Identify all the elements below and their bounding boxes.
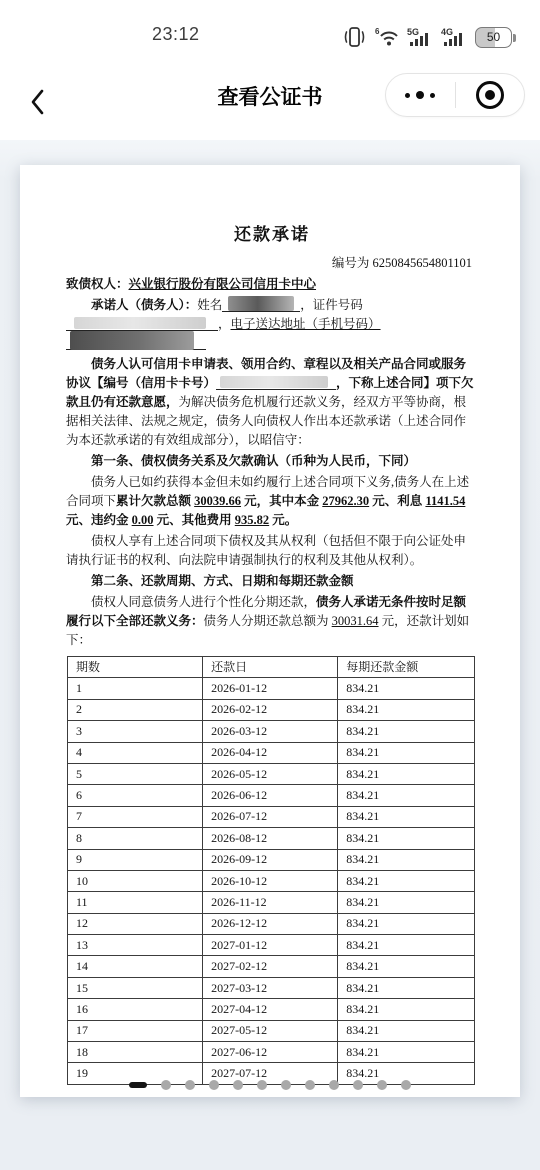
table-cell: 2026-03-12 [203,721,338,742]
document-title: 还款承诺 [66,223,478,247]
table-cell: 2026-04-12 [203,742,338,763]
pager-dot [209,1080,219,1090]
p3-e: 元、违约金 [66,513,132,527]
table-cell: 2026-11-12 [203,892,338,913]
svg-text:4G: 4G [441,27,453,37]
pager-dot [161,1080,171,1090]
table-cell: 2027-03-12 [203,977,338,998]
table-row: 162027-04-12834.21 [68,999,475,1020]
creditor-line: 致债权人：兴业银行股份有限公司信用卡中心 [66,275,478,294]
table-cell: 1 [68,678,203,699]
pager-dot [185,1080,195,1090]
table-cell: 834.21 [338,870,475,891]
battery-level: 50 [487,30,500,44]
document-number: 编号为 6250845654801101 [66,254,478,273]
header-repay-date: 还款日 [203,657,338,678]
table-cell: 834.21 [338,785,475,806]
table-row: 62026-06-12834.21 [68,785,475,806]
p3-b: 累计欠款总额 [116,494,194,508]
other-fees-amount: 935.82 [235,513,269,527]
p3-f: 元、其他费用 [154,513,235,527]
paragraph-1: 债务人认可信用卡申请表、领用合约、章程以及相关产品合同或服务协议【编号（信用卡卡… [66,355,478,450]
table-cell: 2026-01-12 [203,678,338,699]
table-cell: 7 [68,806,203,827]
pager-dot [281,1080,291,1090]
pager-dot [353,1080,363,1090]
close-target-icon [476,81,504,109]
table-cell: 12 [68,913,203,934]
total-debt-amount: 30039.66 [194,494,241,508]
interest-amount: 1141.54 [425,494,465,508]
status-bar: 23:12 6 5G [0,0,540,65]
table-cell: 834.21 [338,1042,475,1063]
card-number-redaction [216,374,336,390]
promisor-id-label: ，证件号码 [300,298,363,312]
table-cell: 2026-09-12 [203,849,338,870]
phone-redaction [66,334,206,350]
p3-c: 元，其中本金 [241,494,322,508]
id-redaction [66,315,218,331]
navbar: 查看公证书 [0,65,540,140]
p3-g: 元。 [269,513,297,527]
table-cell: 2027-05-12 [203,1020,338,1041]
table-cell: 834.21 [338,956,475,977]
table-cell: 834.21 [338,999,475,1020]
table-row: 12026-01-12834.21 [68,678,475,699]
table-row: 112026-11-12834.21 [68,892,475,913]
pager-dot-active [129,1082,147,1088]
table-cell: 2026-10-12 [203,870,338,891]
table-cell: 834.21 [338,977,475,998]
table-cell: 2 [68,699,203,720]
table-cell: 8 [68,828,203,849]
svg-text:5G: 5G [407,27,419,37]
p6-c: 债务人分期还款总额为 [204,614,332,628]
document-body: 还款承诺 编号为 6250845654801101 致债权人：兴业银行股份有限公… [20,165,520,1085]
promisor-line: 承诺人（债务人）：姓名，证件号码，电子送达地址（手机号码） [66,296,478,353]
promisor-addr-label: 电子送达地址（手机号码） [231,317,381,331]
promisor-label: 承诺人（债务人）： [91,298,197,312]
table-header-row: 期数 还款日 每期还款金额 [68,657,475,678]
table-row: 32026-03-12834.21 [68,721,475,742]
table-cell: 9 [68,849,203,870]
table-cell: 2026-12-12 [203,913,338,934]
document-page[interactable]: 还款承诺 编号为 6250845654801101 致债权人：兴业银行股份有限公… [20,165,520,1097]
battery-icon: 50 [475,27,512,48]
table-cell: 2026-05-12 [203,763,338,784]
table-cell: 2027-06-12 [203,1042,338,1063]
table-cell: 4 [68,742,203,763]
p6-a: 债权人同意债务人进行个性化分期还款， [91,595,316,609]
capsule-close-button[interactable] [456,74,525,116]
table-row: 182027-06-12834.21 [68,1042,475,1063]
table-cell: 13 [68,935,203,956]
table-row: 122026-12-12834.21 [68,913,475,934]
table-cell: 2027-04-12 [203,999,338,1020]
pager-dot [233,1080,243,1090]
header-period: 期数 [68,657,203,678]
clock: 23:12 [152,24,200,45]
page-indicator [20,1080,520,1090]
table-row: 102026-10-12834.21 [68,870,475,891]
table-cell: 834.21 [338,913,475,934]
svg-text:6: 6 [375,27,380,36]
table-row: 22026-02-12834.21 [68,699,475,720]
pager-dot [257,1080,267,1090]
table-row: 52026-05-12834.21 [68,763,475,784]
name-redaction [222,296,300,312]
content-area: 还款承诺 编号为 6250845654801101 致债权人：兴业银行股份有限公… [0,140,540,1170]
schedule-table-body: 12026-01-12834.2122026-02-12834.2132026-… [68,678,475,1084]
table-cell: 5 [68,763,203,784]
table-cell: 2026-02-12 [203,699,338,720]
table-cell: 3 [68,721,203,742]
vibrate-icon [342,26,367,48]
penalty-amount: 0.00 [132,513,154,527]
paragraph-3: 债务人已如约获得本金但未如约履行上述合同项下义务,债务人在上述合同项下累计欠款总… [66,473,478,530]
table-row: 72026-07-12834.21 [68,806,475,827]
comma: ， [218,317,231,331]
table-row: 42026-04-12834.21 [68,742,475,763]
app-screen: 23:12 6 5G [0,0,540,1170]
table-cell: 834.21 [338,849,475,870]
table-cell: 834.21 [338,935,475,956]
more-button[interactable] [386,74,455,116]
pager-dot [329,1080,339,1090]
table-cell: 11 [68,892,203,913]
table-cell: 18 [68,1042,203,1063]
paragraph-6: 债权人同意债务人进行个性化分期还款，债务人承诺无条件按时足额履行以下全部还款义务… [66,593,478,650]
table-cell: 834.21 [338,721,475,742]
pager-dot [305,1080,315,1090]
table-cell: 834.21 [338,1020,475,1041]
pager-dot [401,1080,411,1090]
table-row: 92026-09-12834.21 [68,849,475,870]
section-1-title: 第一条、债权债务关系及欠款确认（币种为人民币，下同） [66,452,478,471]
table-row: 132027-01-12834.21 [68,935,475,956]
repayment-schedule-table: 期数 还款日 每期还款金额 12026-01-12834.2122026-02-… [67,656,475,1085]
table-cell: 834.21 [338,699,475,720]
section-2-title: 第二条、还款周期、方式、日期和每期还款金额 [66,572,478,591]
table-cell: 834.21 [338,742,475,763]
table-row: 172027-05-12834.21 [68,1020,475,1041]
table-cell: 2027-01-12 [203,935,338,956]
table-cell: 15 [68,977,203,998]
table-cell: 6 [68,785,203,806]
miniprogram-capsule [385,73,525,117]
table-cell: 2027-02-12 [203,956,338,977]
signal-4g-icon: 4G [441,26,468,48]
signal-5g-icon: 5G [407,26,434,48]
table-cell: 2026-06-12 [203,785,338,806]
pager-dot [377,1080,387,1090]
table-cell: 10 [68,870,203,891]
creditor-value: 兴业银行股份有限公司信用卡中心 [129,277,317,291]
table-cell: 834.21 [338,806,475,827]
table-cell: 2026-07-12 [203,806,338,827]
table-cell: 17 [68,1020,203,1041]
table-cell: 14 [68,956,203,977]
installment-total-amount: 30031.64 [332,614,379,628]
table-row: 82026-08-12834.21 [68,828,475,849]
p3-d: 元、利息 [369,494,425,508]
table-cell: 16 [68,999,203,1020]
promisor-name-label: 姓名 [197,298,222,312]
more-dots-icon [405,91,435,99]
table-row: 142027-02-12834.21 [68,956,475,977]
table-cell: 834.21 [338,892,475,913]
table-cell: 834.21 [338,763,475,784]
creditor-label: 致债权人： [66,277,129,291]
table-cell: 2026-08-12 [203,828,338,849]
table-cell: 834.21 [338,828,475,849]
table-row: 152027-03-12834.21 [68,977,475,998]
paragraph-4: 债权人享有上述合同项下债权及其从权利（包括但不限于向公证处申请执行证书的权利、向… [66,532,478,570]
principal-amount: 27962.30 [322,494,369,508]
wifi6-icon: 6 [374,26,400,48]
header-amount: 每期还款金额 [338,657,475,678]
table-cell: 834.21 [338,678,475,699]
